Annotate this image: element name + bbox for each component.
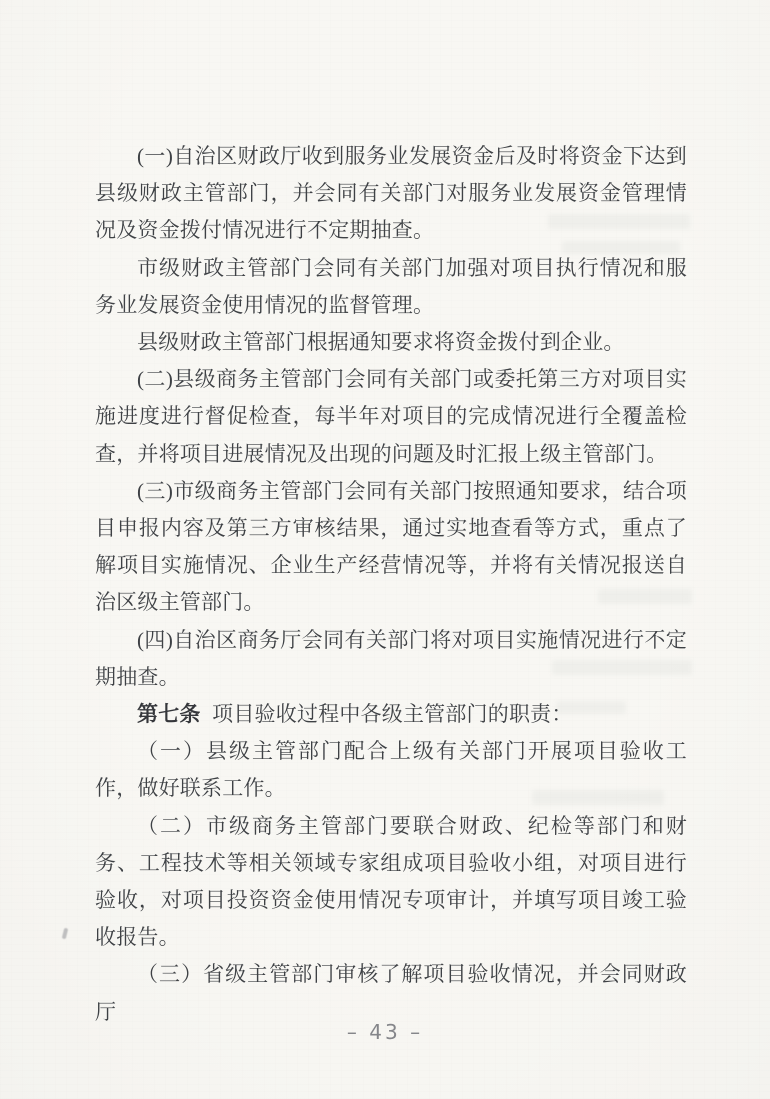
paragraph-text: （二）市级商务主管部门要联合财政、纪检等部门和财务、工程技术等相关领域专家组成项… [95,814,687,950]
paragraph: (三)市级商务主管部门会同有关部门按照通知要求，结合项目申报内容及第三方审核结果… [95,473,687,622]
ink-speck-artifact [62,928,69,940]
paragraph: (二)县级商务主管部门会同有关部门或委托第三方对项目实施进度进行督促检查，每半年… [95,361,687,473]
paragraph-text: （三）省级主管部门审核了解项目验收情况，并会同财政厅 [95,962,687,1023]
paragraph: （二）市级商务主管部门要联合财政、纪检等部门和财务、工程技术等相关领域专家组成项… [95,808,687,957]
scanned-document-page: (一)自治区财政厅收到服务业发展资金后及时将资金下达到县级财政主管部门，并会同有… [0,0,770,1099]
paragraph-text: (二)县级商务主管部门会同有关部门或委托第三方对项目实施进度进行督促检查，每半年… [95,367,687,465]
paragraph-text: (三)市级商务主管部门会同有关部门按照通知要求，结合项目申报内容及第三方审核结果… [95,479,687,615]
paragraph-text: 县级财政主管部门根据通知要求将资金拨付到企业。 [137,330,625,354]
paragraph: （一）县级主管部门配合上级有关部门开展项目验收工作，做好联系工作。 [95,733,687,807]
paragraph-text: (四)自治区商务厅会同有关部门将对项目实施情况进行不定期抽查。 [95,628,687,689]
paragraph-text: （一）县级主管部门配合上级有关部门开展项目验收工作，做好联系工作。 [95,739,687,800]
paragraph-article-heading: 第七条项目验收过程中各级主管部门的职责： [95,696,687,733]
document-body: (一)自治区财政厅收到服务业发展资金后及时将资金下达到县级财政主管部门，并会同有… [95,138,687,1031]
article-title-text: 项目验收过程中各级主管部门的职责： [212,702,572,726]
paragraph-text: 市级财政主管部门会同有关部门加强对项目执行情况和服务业发展资金使用情况的监督管理… [95,256,687,317]
paragraph: (一)自治区财政厅收到服务业发展资金后及时将资金下达到县级财政主管部门，并会同有… [95,138,687,250]
paragraph-text: (一)自治区财政厅收到服务业发展资金后及时将资金下达到县级财政主管部门，并会同有… [95,144,687,242]
article-number: 第七条 [137,702,201,726]
paragraph: (四)自治区商务厅会同有关部门将对项目实施情况进行不定期抽查。 [95,622,687,696]
paragraph: 县级财政主管部门根据通知要求将资金拨付到企业。 [95,324,687,361]
paragraph: 市级财政主管部门会同有关部门加强对项目执行情况和服务业发展资金使用情况的监督管理… [95,250,687,324]
page-number: – 43 – [0,1020,770,1044]
